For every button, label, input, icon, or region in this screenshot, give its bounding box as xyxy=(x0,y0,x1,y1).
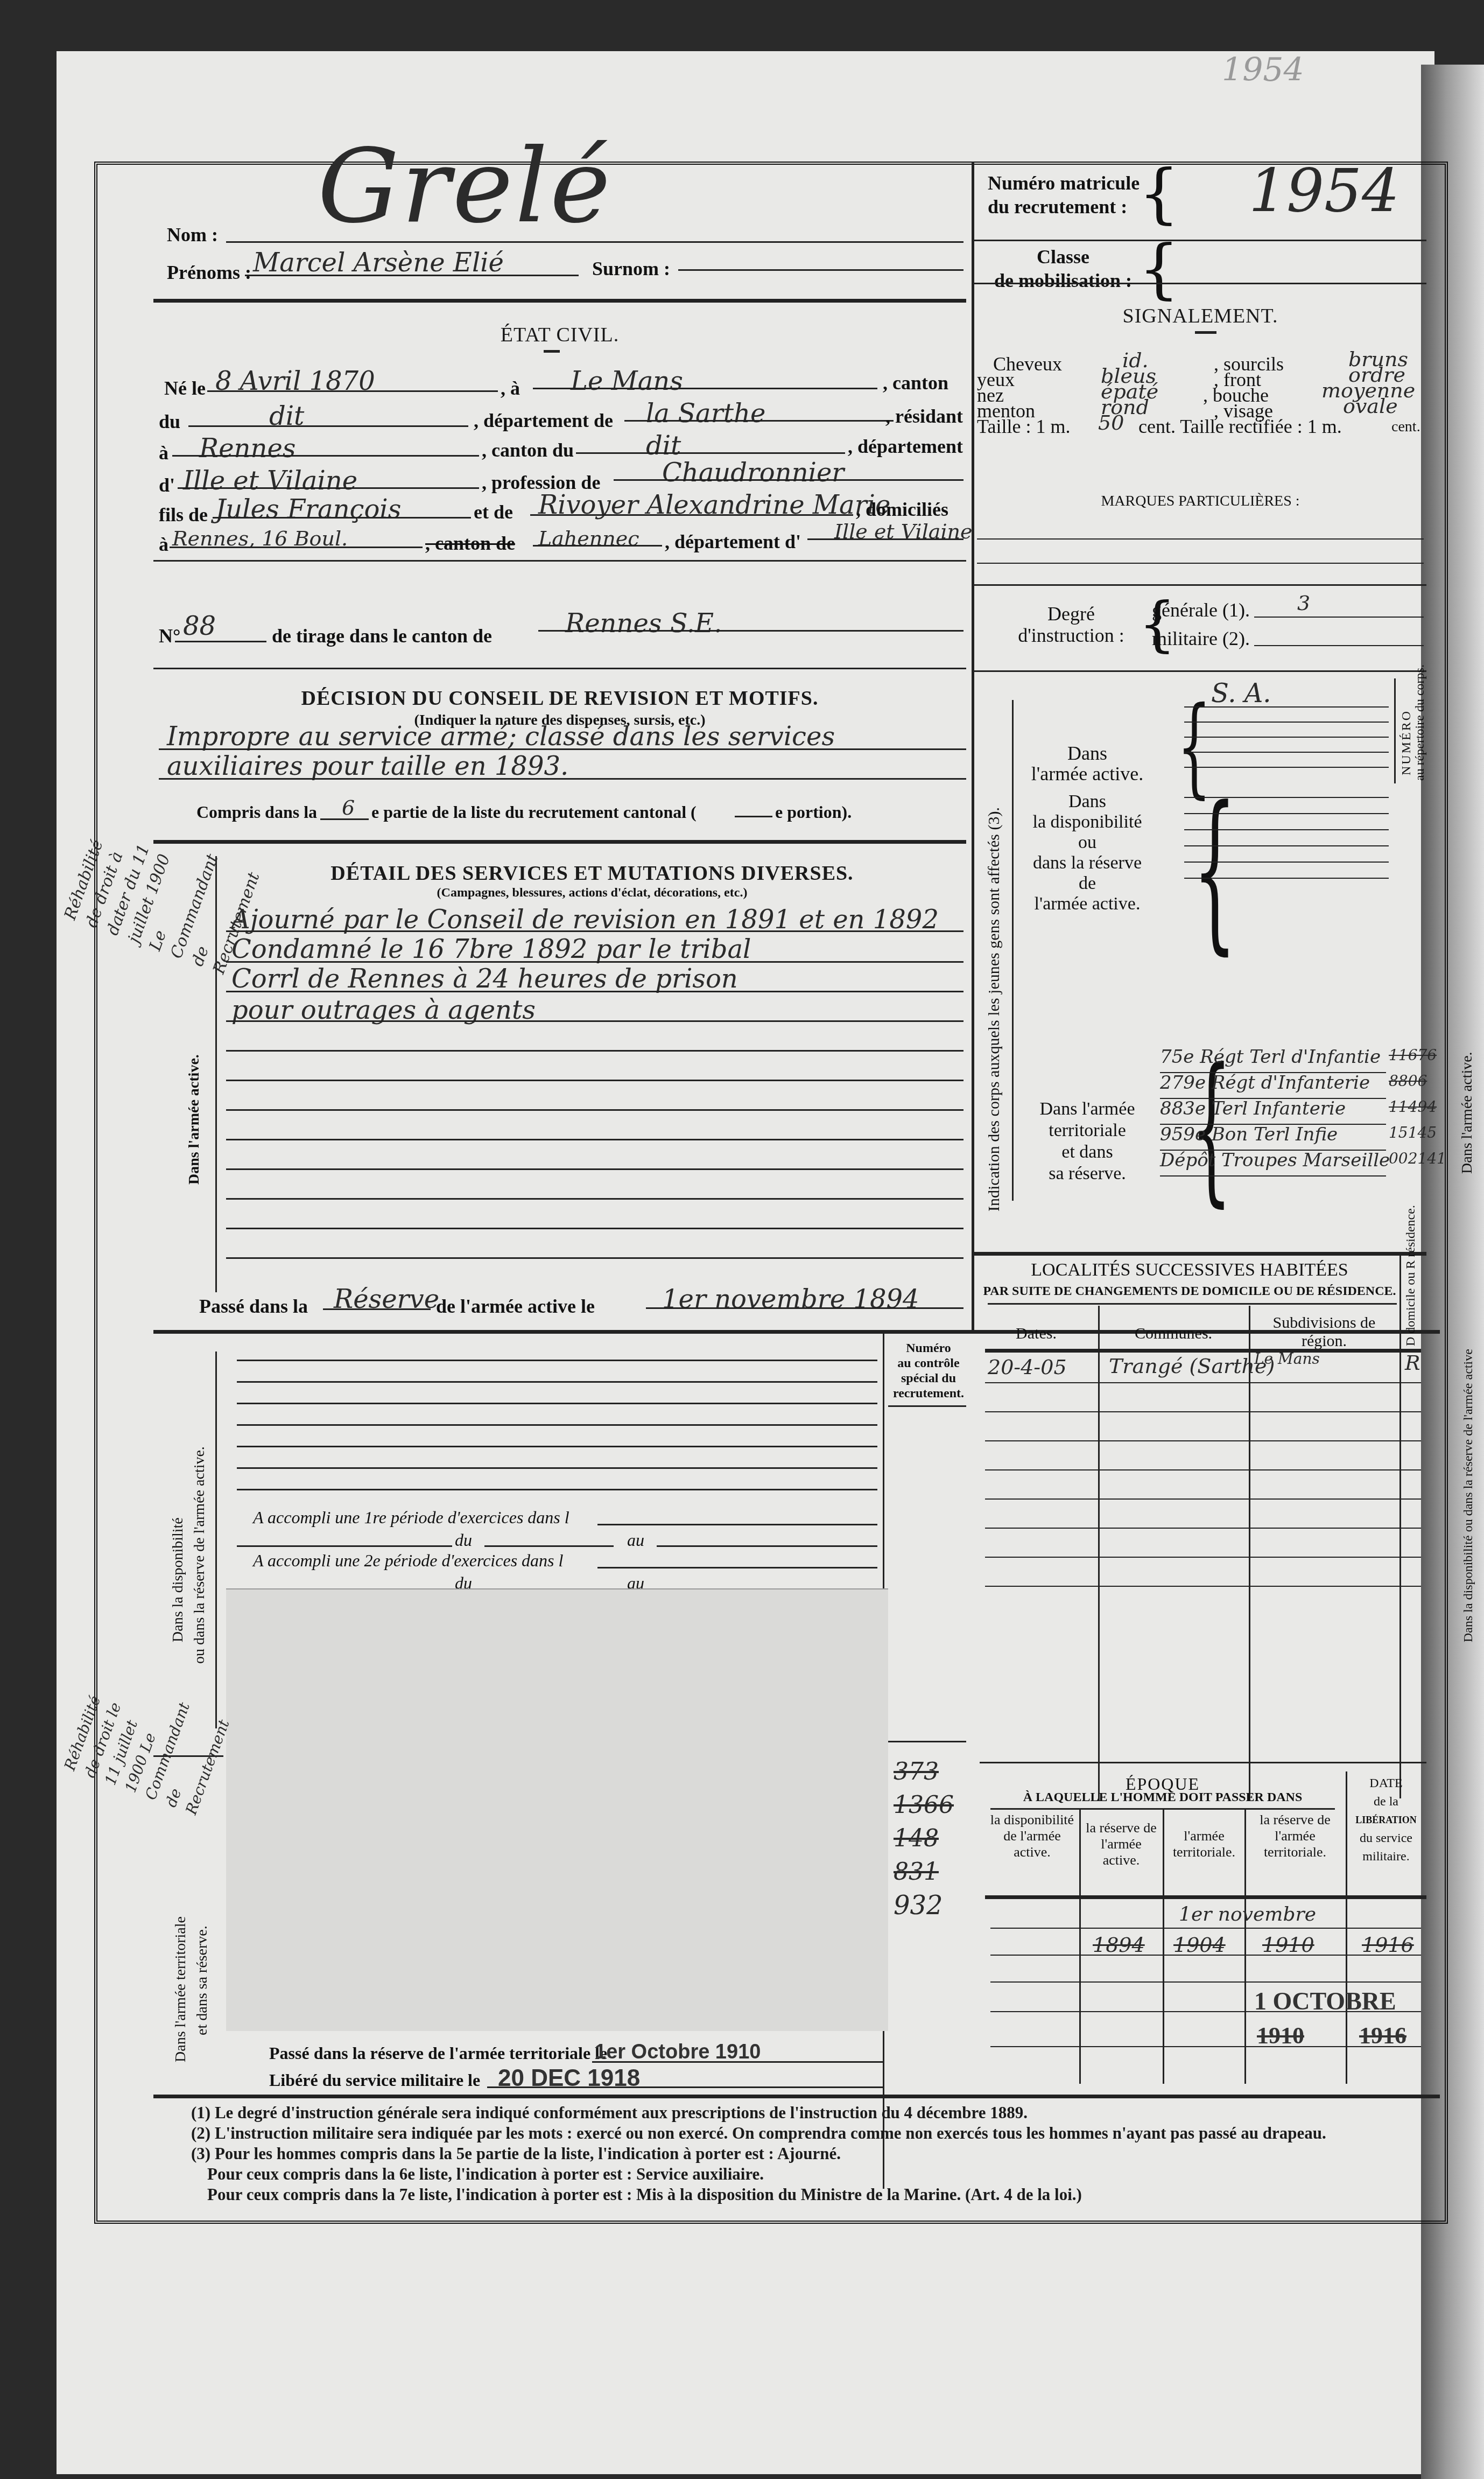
corps-value: 959e Bon Terl Infie xyxy=(1160,1124,1338,1145)
affectation-rule xyxy=(1184,862,1389,863)
dept-line xyxy=(178,487,479,489)
matricule-label: Numéro matricule du recrutement : xyxy=(988,171,1140,219)
a-label: , à xyxy=(501,377,520,400)
territoriale-side-label-1: Dans l'armée territoriale xyxy=(172,1916,189,2062)
dom-canton-label: , canton de xyxy=(425,532,515,555)
passe-label-2: de l'armée active le xyxy=(436,1295,595,1318)
epoque-common-date: 1er novembre xyxy=(1179,1903,1316,1925)
liberation-header-1: de la xyxy=(1348,1792,1424,1811)
etat-civil-title: ÉTAT CIVIL. xyxy=(151,323,969,347)
decision-title: DÉCISION DU CONSEIL DE REVISION ET MOTIF… xyxy=(151,687,969,710)
divider xyxy=(974,584,1426,586)
disponibilite-side-label-2: ou dans la réserve de l'armée active. xyxy=(191,1446,208,1664)
dom-dept-label: , département d' xyxy=(665,530,801,553)
periode-1-du-line xyxy=(484,1545,614,1547)
taille-label: Taille : 1 m. xyxy=(977,415,1070,438)
compris-label-1: Compris dans la xyxy=(196,802,317,822)
compris-label-2: e partie de la liste du recrutement cant… xyxy=(371,802,697,822)
nom-value: Grelé xyxy=(318,127,613,246)
generale-label: générale (1). xyxy=(1152,599,1250,621)
corps-numero: 002141 xyxy=(1389,1150,1446,1167)
epoque-top-rule xyxy=(980,1762,1426,1763)
passe-line-1 xyxy=(323,1308,431,1310)
du-label: du xyxy=(159,410,180,433)
epoque-reserve-territoriale-value: 1910 xyxy=(1262,1933,1314,1957)
footnote-5: Pour ceux compris dans la 7e liste, l'in… xyxy=(191,2184,1440,2205)
divider xyxy=(153,299,966,303)
divider xyxy=(153,668,966,669)
numero-rule xyxy=(888,1405,966,1407)
services-title: DÉTAIL DES SERVICES ET MUTATIONS DIVERSE… xyxy=(215,862,969,885)
affectation-rule xyxy=(1184,706,1389,708)
departement-line xyxy=(624,420,894,422)
affectation-rule xyxy=(1184,845,1389,846)
divider xyxy=(153,560,966,562)
localites-title: LOCALITÉS SUCCESSIVES HABITÉES xyxy=(974,1260,1405,1280)
corps-value: Dépôt Troupes Marseille xyxy=(1160,1150,1390,1171)
affectation-rule xyxy=(1184,797,1389,798)
epoque-rule xyxy=(990,2046,1421,2047)
corps-value: 75e Régt Terl d'Infantie xyxy=(1160,1046,1381,1068)
active-label-2: l'armée active. xyxy=(1015,764,1160,784)
tirage-canton-line xyxy=(538,630,963,632)
departement-value: la Sarthe xyxy=(646,398,765,429)
numeros-controle-list: 373 1366 148 831 932 xyxy=(894,1755,963,1922)
epoque-reserve-active-value: 1894 xyxy=(1093,1933,1145,1957)
affectation-rule xyxy=(1184,829,1389,830)
tirage-no-value: 88 xyxy=(183,611,216,641)
prenoms-value: Marcel Arsène Elié xyxy=(253,248,504,278)
compris-label-3: e portion). xyxy=(775,802,852,822)
divider xyxy=(974,670,1426,672)
disponibilite-side-label-1: Dans la disponibilité xyxy=(170,1517,187,1642)
departement-label: , département de xyxy=(474,409,613,432)
taille-value: 50 xyxy=(1098,411,1124,435)
localites-subtitle: PAR SUITE DE CHANGEMENTS DE DOMICILE OU … xyxy=(974,1284,1405,1299)
passe-territoriale-value: 1er Octobre 1910 xyxy=(595,2041,761,2064)
tirage-no-line xyxy=(175,641,266,642)
profession-value: Chaudronnier xyxy=(662,458,844,488)
marques-rule xyxy=(977,563,1424,564)
localite-row xyxy=(985,1500,1421,1529)
matricule-label-1: Numéro matricule xyxy=(988,171,1140,195)
divider xyxy=(153,840,966,844)
canton-du-value: dit xyxy=(646,431,681,461)
militaire-label: militaire (2). xyxy=(1152,627,1250,650)
active-value: S. A. xyxy=(1211,678,1271,709)
corps-numero: 8806 xyxy=(1389,1072,1427,1090)
passe-territoriale-label: Passé dans la réserve de l'armée territo… xyxy=(269,2043,607,2063)
marques-label: MARQUES PARTICULIÈRES : xyxy=(974,493,1426,510)
footnotes: (1) Le degré d'instruction générale sera… xyxy=(191,2103,1440,2205)
footnote-1: (1) Le degré d'instruction générale sera… xyxy=(191,2103,1440,2123)
title-underline xyxy=(544,350,560,353)
service-rule xyxy=(226,1198,963,1200)
corps-row: Dépôt Troupes Marseille 002141 xyxy=(1160,1151,1386,1177)
surnom-line xyxy=(678,269,963,271)
col-domicile-residence: D domicile ou R résidence. xyxy=(1404,1205,1418,1346)
affectation-side-label: Indication des corps auxquels les jeunes… xyxy=(985,807,1003,1212)
territoriale-affect-label: Dans l'armée territoriale et dans sa rés… xyxy=(1015,1098,1160,1185)
localite-row xyxy=(985,1383,1421,1412)
corps-numero: 11494 xyxy=(1389,1098,1437,1116)
localite-commune: Trangé (Sarthe) xyxy=(1109,1354,1275,1378)
pere-value: Jules François xyxy=(215,494,401,524)
localites-rows: 20-4-05 Trangé (Sarthe) Le Mans R xyxy=(985,1354,1421,1587)
tirage-canton-value: Rennes S.E. xyxy=(565,608,722,639)
service-line-2: Condamné le 16 7bre 1892 par le tribal xyxy=(231,934,751,964)
dispo-rule xyxy=(237,1467,877,1469)
liberation-header-0: DATE xyxy=(1348,1774,1424,1792)
instruction-label-2: d'instruction : xyxy=(988,625,1155,646)
reserve-label-1: la disponibilité xyxy=(1015,812,1160,832)
corps-numero: 15145 xyxy=(1389,1124,1437,1142)
decision-line-1: Impropre au service armé; classé dans le… xyxy=(167,722,835,752)
surnom-label: Surnom : xyxy=(592,257,670,280)
affectation-rule xyxy=(1184,813,1389,814)
affectation-rule xyxy=(1184,752,1389,753)
territoriale-label-3: sa réserve. xyxy=(1015,1163,1160,1185)
epoque-rule xyxy=(990,2011,1421,2012)
facing-page-label-1: Dans l'armée active. xyxy=(1459,1052,1476,1174)
numero-controle-1: 1366 xyxy=(894,1789,963,1822)
periode-1-au-line xyxy=(657,1545,877,1547)
service-rule xyxy=(226,1139,963,1140)
liberation-header-4: militaire. xyxy=(1348,1847,1424,1866)
localite-row xyxy=(985,1470,1421,1500)
epoque-territoriale-value: 1904 xyxy=(1173,1933,1226,1957)
affectation-rule xyxy=(1184,878,1389,879)
dispo-rule xyxy=(237,1424,877,1426)
passe-label-1: Passé dans la xyxy=(199,1295,308,1318)
territoriale-label-0: Dans l'armée xyxy=(1015,1098,1160,1120)
active-label-1: Dans xyxy=(1015,743,1160,764)
cent-label: cent. xyxy=(1391,418,1420,436)
passe-line-2 xyxy=(646,1307,963,1309)
militaire-line xyxy=(1254,645,1424,646)
brace-icon: { xyxy=(1138,232,1179,306)
passe-territoriale-line xyxy=(592,2061,883,2063)
tirage-label: de tirage dans le canton de xyxy=(272,625,492,647)
footnote-3: (3) Pour les hommes compris dans la 5e p… xyxy=(191,2144,1440,2164)
epoque-col-reserve-territoriale: la réserve de l'armée territoriale. xyxy=(1246,1812,1344,1860)
corps-row: 279e Régt d'Infanterie 8806 xyxy=(1160,1073,1386,1099)
divider xyxy=(153,1330,1440,1334)
dispo-rule xyxy=(237,1489,877,1490)
corps-value: 279e Régt d'Infanterie xyxy=(1160,1072,1370,1094)
marques-rule xyxy=(977,538,1424,540)
ne-le-label: Né le xyxy=(164,377,206,400)
service-rule xyxy=(226,1080,963,1081)
epoque-rule xyxy=(990,1981,1421,1983)
tirage-no-label: N° xyxy=(159,625,180,647)
col-subdivisions: Subdivisions de région. xyxy=(1251,1314,1397,1350)
generale-line xyxy=(1254,617,1424,618)
periode-1-au: au xyxy=(627,1530,644,1550)
affectation-rule xyxy=(1184,722,1389,723)
matricule-label-2: du recrutement : xyxy=(988,195,1140,219)
dom-dept-line xyxy=(807,538,963,540)
epoque-col-disponibilite: la disponibilité de l'armée active. xyxy=(985,1812,1079,1860)
divider xyxy=(974,283,1426,284)
epoque-rule xyxy=(990,1928,1421,1929)
profession-line xyxy=(614,479,963,481)
residant-a-label: à xyxy=(159,442,168,464)
service-rule xyxy=(226,1050,963,1052)
numero-controle-0: 373 xyxy=(894,1755,963,1789)
residant-line xyxy=(172,455,479,457)
compris-value: 6 xyxy=(342,796,355,820)
reserve-label-4: de xyxy=(1015,873,1160,894)
fils-label: fils de xyxy=(159,503,208,526)
service-rule xyxy=(226,1228,963,1229)
generale-value: 3 xyxy=(1297,591,1310,615)
localite-row: 20-4-05 Trangé (Sarthe) Le Mans R xyxy=(985,1354,1421,1383)
decision-rule-2 xyxy=(159,778,966,780)
reserve-label-0: Dans xyxy=(1015,792,1160,812)
dispo-rule xyxy=(237,1446,877,1447)
decision-line-2: auxiliaires pour taille en 1893. xyxy=(167,751,568,781)
domicilies-label: , domiciliés xyxy=(856,498,948,521)
territoriale-label-1: territoriale xyxy=(1015,1120,1160,1142)
periode-2-label: A accompli une 2e période d'exercices da… xyxy=(253,1551,563,1571)
title-underline xyxy=(1195,331,1216,334)
dispo-rule xyxy=(237,1360,877,1361)
service-rule xyxy=(226,930,963,932)
canton-line xyxy=(188,425,468,427)
dom-canton-value: Lahennec xyxy=(538,527,639,550)
dom-line xyxy=(170,547,423,548)
territoriale-label-2: et dans xyxy=(1015,1142,1160,1163)
canton-du-label: , canton du xyxy=(482,439,574,461)
matricule-pencil-note: 1954 xyxy=(1222,51,1304,89)
dispo-rule xyxy=(237,1403,877,1404)
brace-icon: { xyxy=(1138,156,1179,231)
dept-prefix: d' xyxy=(159,474,175,496)
numero-controle-2: 148 xyxy=(894,1822,963,1855)
classe-label-2: de mobilisation : xyxy=(980,269,1147,292)
dispo-rule xyxy=(237,1381,877,1383)
territoriale-corps-list: 75e Régt Terl d'Infantie 11676 279e Régt… xyxy=(1160,1047,1429,1177)
numero-label-1: Numéro xyxy=(885,1341,972,1356)
localite-dr: R xyxy=(1405,1351,1420,1375)
divider xyxy=(153,2095,1440,2098)
reserve-label-5: l'armée active. xyxy=(1015,894,1160,914)
epoque-subtitle: À LAQUELLE L'HOMME DOIT PASSER DANS xyxy=(980,1790,1346,1805)
dept-value: Ille et Vilaine xyxy=(183,466,357,496)
lieu-line xyxy=(533,388,877,389)
corps-numero: 11676 xyxy=(1389,1046,1437,1064)
canton-du-line xyxy=(576,452,845,454)
periode-1-line xyxy=(597,1524,877,1525)
compris-line xyxy=(320,818,369,820)
localite-date: 20-4-05 xyxy=(988,1355,1067,1379)
pere-line xyxy=(213,517,471,519)
liberation-header-2: LIBÉRATION xyxy=(1348,1811,1424,1829)
localite-row xyxy=(985,1558,1421,1587)
residant-label: , résidant xyxy=(885,405,963,428)
service-rule xyxy=(226,1109,963,1111)
corps-row: 883e Terl Infanterie 11494 xyxy=(1160,1099,1386,1125)
footnote-2: (2) L'instruction militaire sera indiqué… xyxy=(191,2123,1440,2144)
service-line-3: Corrl de Rennes à 24 heures de prison xyxy=(231,964,738,994)
numero-controle-3: 831 xyxy=(894,1855,963,1889)
column-divider xyxy=(972,162,974,1330)
territoriale-side-label-2: et dans sa réserve. xyxy=(194,1925,211,2035)
prenoms-line xyxy=(245,275,579,276)
divider xyxy=(974,1252,1426,1256)
affectation-bracket xyxy=(1012,700,1014,1201)
classe-label-1: Classe xyxy=(980,245,1147,269)
numero-label-4: recrutement. xyxy=(885,1386,972,1401)
residant-value: Rennes xyxy=(199,433,296,464)
corps-row: 75e Régt Terl d'Infantie 11676 xyxy=(1160,1047,1386,1073)
localites-header-rule xyxy=(988,1303,1397,1305)
taille-row: Taille : 1 m. 50 cent. Taille rectifiée … xyxy=(977,415,1424,432)
col-dates: Dates. xyxy=(977,1325,1095,1343)
corps-value: 883e Terl Infanterie xyxy=(1160,1098,1346,1119)
col-communes: Communes. xyxy=(1101,1325,1246,1343)
departement-label-2: , département xyxy=(848,435,963,458)
localite-subdivision: Le Mans xyxy=(1254,1350,1320,1368)
epoque-header-bottom xyxy=(985,1895,1426,1899)
liberation-header-3: du service xyxy=(1348,1829,1424,1847)
divider xyxy=(888,1741,966,1742)
numero-header-2: au répertoire du corps. xyxy=(1413,664,1427,781)
liberation-value: 1916 xyxy=(1362,1933,1414,1957)
signalement-row: menton rond , visage ovale xyxy=(977,400,1424,415)
epoque-col-reserve-active: la réserve de l'armée active. xyxy=(1081,1820,1162,1868)
libere-label: Libéré du service militaire le xyxy=(269,2070,480,2090)
reserve-label: Dans la disponibilité ou dans la réserve… xyxy=(1015,792,1160,914)
lieu-value: Le Mans xyxy=(571,366,683,396)
dom-canton-line xyxy=(533,545,662,547)
numero-header-1: NUMÉRO xyxy=(1399,710,1414,775)
service-rule xyxy=(226,1020,963,1022)
prenoms-label: Prénoms : xyxy=(167,261,251,284)
mere-line xyxy=(530,514,853,516)
instruction-label-1: Degré xyxy=(988,603,1155,625)
services-side-label: Dans l'armée active. xyxy=(186,1054,203,1185)
service-rule xyxy=(226,961,963,963)
et-label: et de xyxy=(474,501,513,523)
liberation-header: DATE de la LIBÉRATION du service militai… xyxy=(1348,1774,1424,1866)
divider xyxy=(974,240,1426,241)
affectation-rule xyxy=(1184,737,1389,738)
localites-header-bottom xyxy=(985,1349,1421,1353)
localite-row xyxy=(985,1529,1421,1558)
periode-2-line xyxy=(597,1567,877,1568)
periode-1-du: du xyxy=(455,1530,472,1550)
corps-row: 959e Bon Terl Infie 15145 xyxy=(1160,1125,1386,1151)
taille-rectifiee-label: cent. Taille rectifiée : 1 m. xyxy=(1138,415,1342,438)
visage-value: ovale xyxy=(1343,394,1398,418)
nom-label: Nom : xyxy=(167,223,218,246)
matricule-value: 1954 xyxy=(1249,156,1399,225)
facing-page-label-2: Dans la disponibilité ou dans la réserve… xyxy=(1461,1349,1476,1642)
dom-a-label: à xyxy=(159,533,168,556)
signalement-rows: Cheveux id. , sourcils bruns yeux bleus … xyxy=(977,353,1424,432)
numero-label-3: spécial du xyxy=(885,1371,972,1386)
service-rule xyxy=(226,1168,963,1170)
active-label: Dans l'armée active. xyxy=(1015,743,1160,784)
affectation-rule xyxy=(1184,767,1389,768)
numero-label-2: au contrôle xyxy=(885,1356,972,1371)
periode-1-label: A accompli une 1re période d'exercices d… xyxy=(253,1508,569,1528)
brace-line xyxy=(215,1351,217,1728)
numero-repertoire-divider xyxy=(1394,678,1396,783)
periode-1-from-prefix xyxy=(237,1545,452,1547)
portion-line xyxy=(735,816,772,817)
footnote-4: Pour ceux compris dans la 6e liste, l'in… xyxy=(191,2164,1440,2184)
service-rule xyxy=(226,991,963,992)
ne-le-line xyxy=(207,390,498,392)
reserve-label-2: ou xyxy=(1015,832,1160,853)
classe-label: Classe de mobilisation : xyxy=(980,245,1147,292)
decision-rule-1 xyxy=(159,748,966,750)
stamp-1910: 1910 xyxy=(1257,2022,1304,2049)
passe-value-2: 1er novembre 1894 xyxy=(662,1284,919,1314)
numero-controle-header: Numéro au contrôle spécial du recrutemen… xyxy=(885,1341,972,1401)
numero-controle-4: 932 xyxy=(894,1889,963,1922)
instruction-label: Degré d'instruction : xyxy=(988,603,1155,646)
services-subtitle: (Campagnes, blessures, actions d'éclat, … xyxy=(215,886,969,900)
service-rule xyxy=(226,1257,963,1259)
reserve-label-3: dans la réserve xyxy=(1015,853,1160,873)
brace-icon: { xyxy=(1193,770,1236,970)
canton-label: , canton xyxy=(883,372,948,394)
nom-line xyxy=(226,241,963,243)
localite-row xyxy=(985,1441,1421,1470)
stamp-1916: 1916 xyxy=(1359,2022,1406,2049)
pasted-slip xyxy=(226,1588,888,2031)
epoque-rule xyxy=(990,1955,1421,1956)
epoque-col-territoriale: l'armée territoriale. xyxy=(1164,1828,1244,1860)
signalement-title: SIGNALEMENT. xyxy=(974,304,1426,328)
libere-line xyxy=(487,2086,883,2088)
localite-row xyxy=(985,1412,1421,1441)
